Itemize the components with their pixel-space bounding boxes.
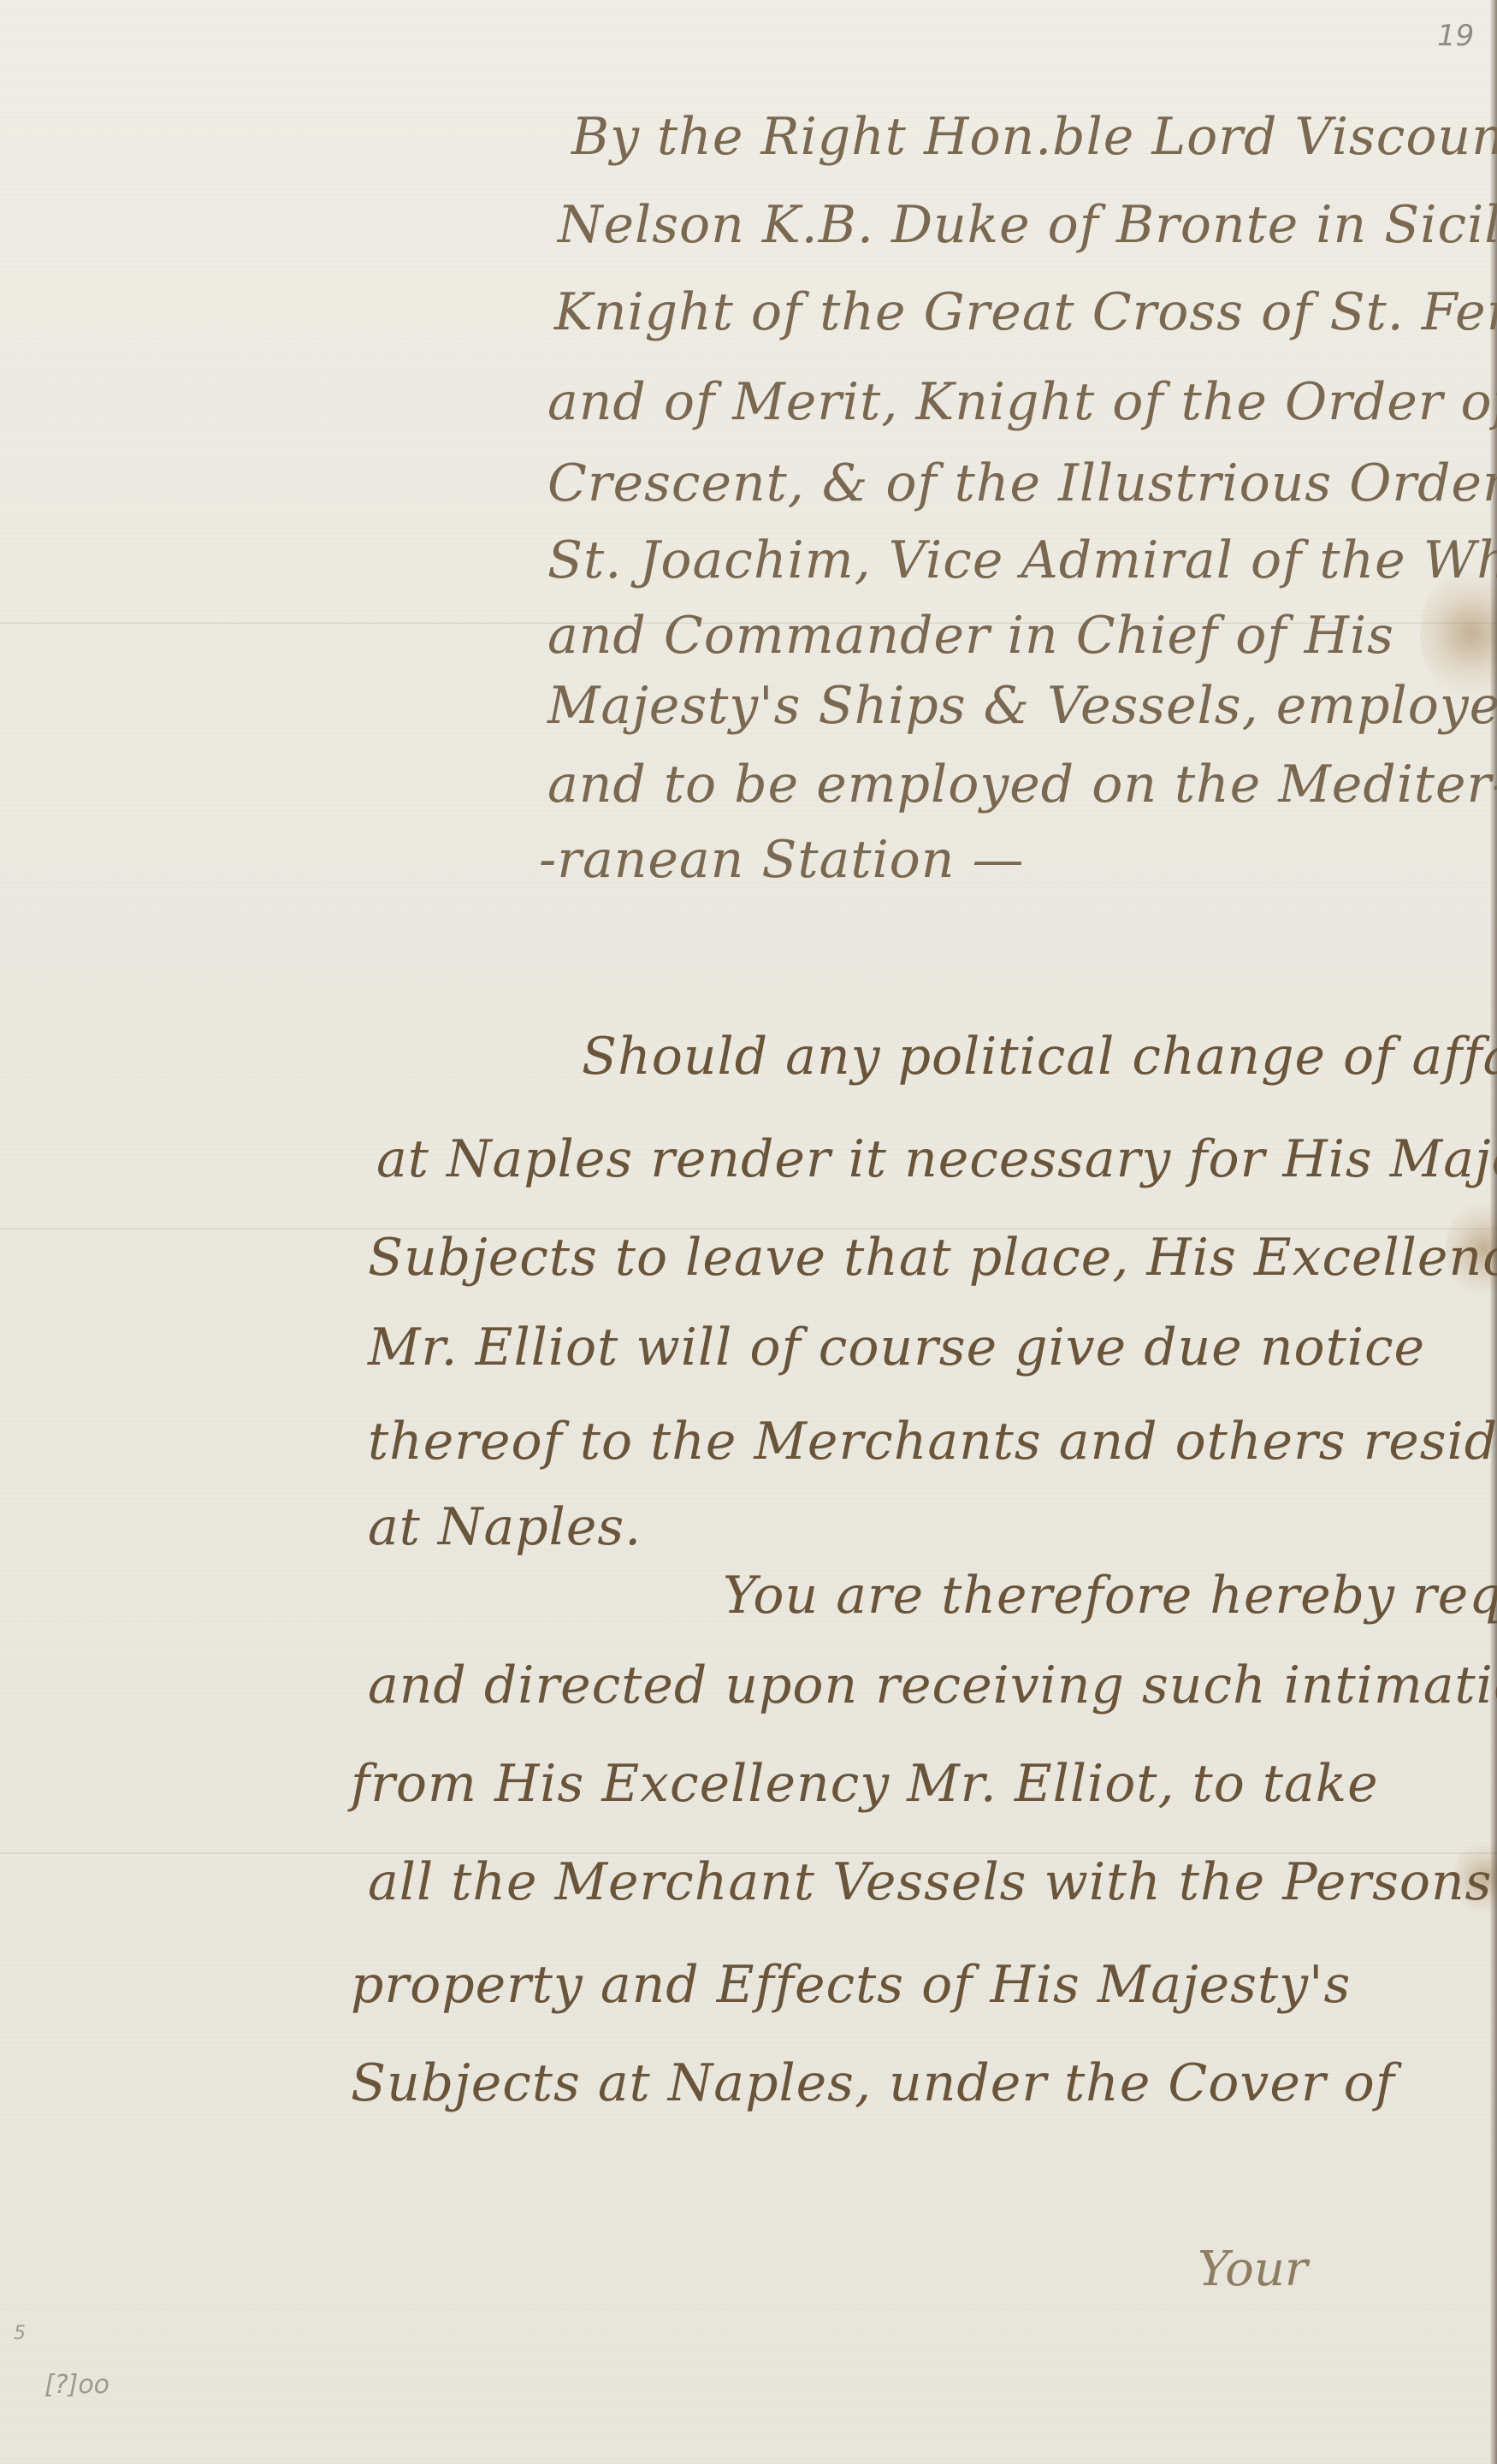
heading-line: St. Joachim, Vice Admiral of the White,: [547, 530, 1497, 590]
heading-line: By the Right Hon.ble Lord Viscount: [571, 107, 1497, 167]
body-line: at Naples render it necessary for His Ma…: [376, 1129, 1497, 1189]
body-line: You are therefore hereby required: [723, 1566, 1497, 1626]
heading-line: Majesty's Ships & Vessels, employed: [547, 676, 1497, 736]
margin-pencil-note: [?]oo: [44, 2370, 109, 2400]
body-line: all the Merchant Vessels with the Person…: [368, 1852, 1492, 1912]
body-line: at Naples.: [368, 1497, 642, 1557]
body-line: thereof to the Merchants and others resi…: [368, 1412, 1497, 1472]
heading-line: Nelson K.B. Duke of Bronte in Sicily,: [558, 195, 1497, 255]
body-line: Subjects to leave that place, His Excell…: [368, 1228, 1497, 1288]
heading-line: -ranean Station —: [539, 830, 1025, 890]
manuscript-page: 19 By the Right Hon.ble Lord Viscount Ne…: [0, 0, 1497, 2464]
heading-line: Crescent, & of the Illustrious Order of: [547, 453, 1497, 513]
body-line: Should any political change of affairs: [582, 1027, 1497, 1087]
folio-number: 19: [1437, 19, 1474, 53]
body-line: Mr. Elliot will of course give due notic…: [368, 1318, 1425, 1377]
heading-line: and to be employed on the Mediter-: [547, 755, 1497, 814]
margin-pencil-note: 5: [14, 2323, 26, 2344]
body-line: and directed upon receiving such intimat…: [368, 1655, 1497, 1715]
body-line: Subjects at Naples, under the Cover of: [351, 2053, 1395, 2113]
body-line: property and Effects of His Majesty's: [351, 1955, 1351, 2015]
heading-line: Knight of the Great Cross of St. Ferdina…: [554, 282, 1497, 342]
catchword: Your: [1198, 2242, 1308, 2297]
heading-line: and Commander in Chief of His: [547, 606, 1394, 666]
heading-line: and of Merit, Knight of the Order of the: [547, 372, 1497, 432]
body-line: from His Excellency Mr. Elliot, to take: [351, 1754, 1379, 1814]
